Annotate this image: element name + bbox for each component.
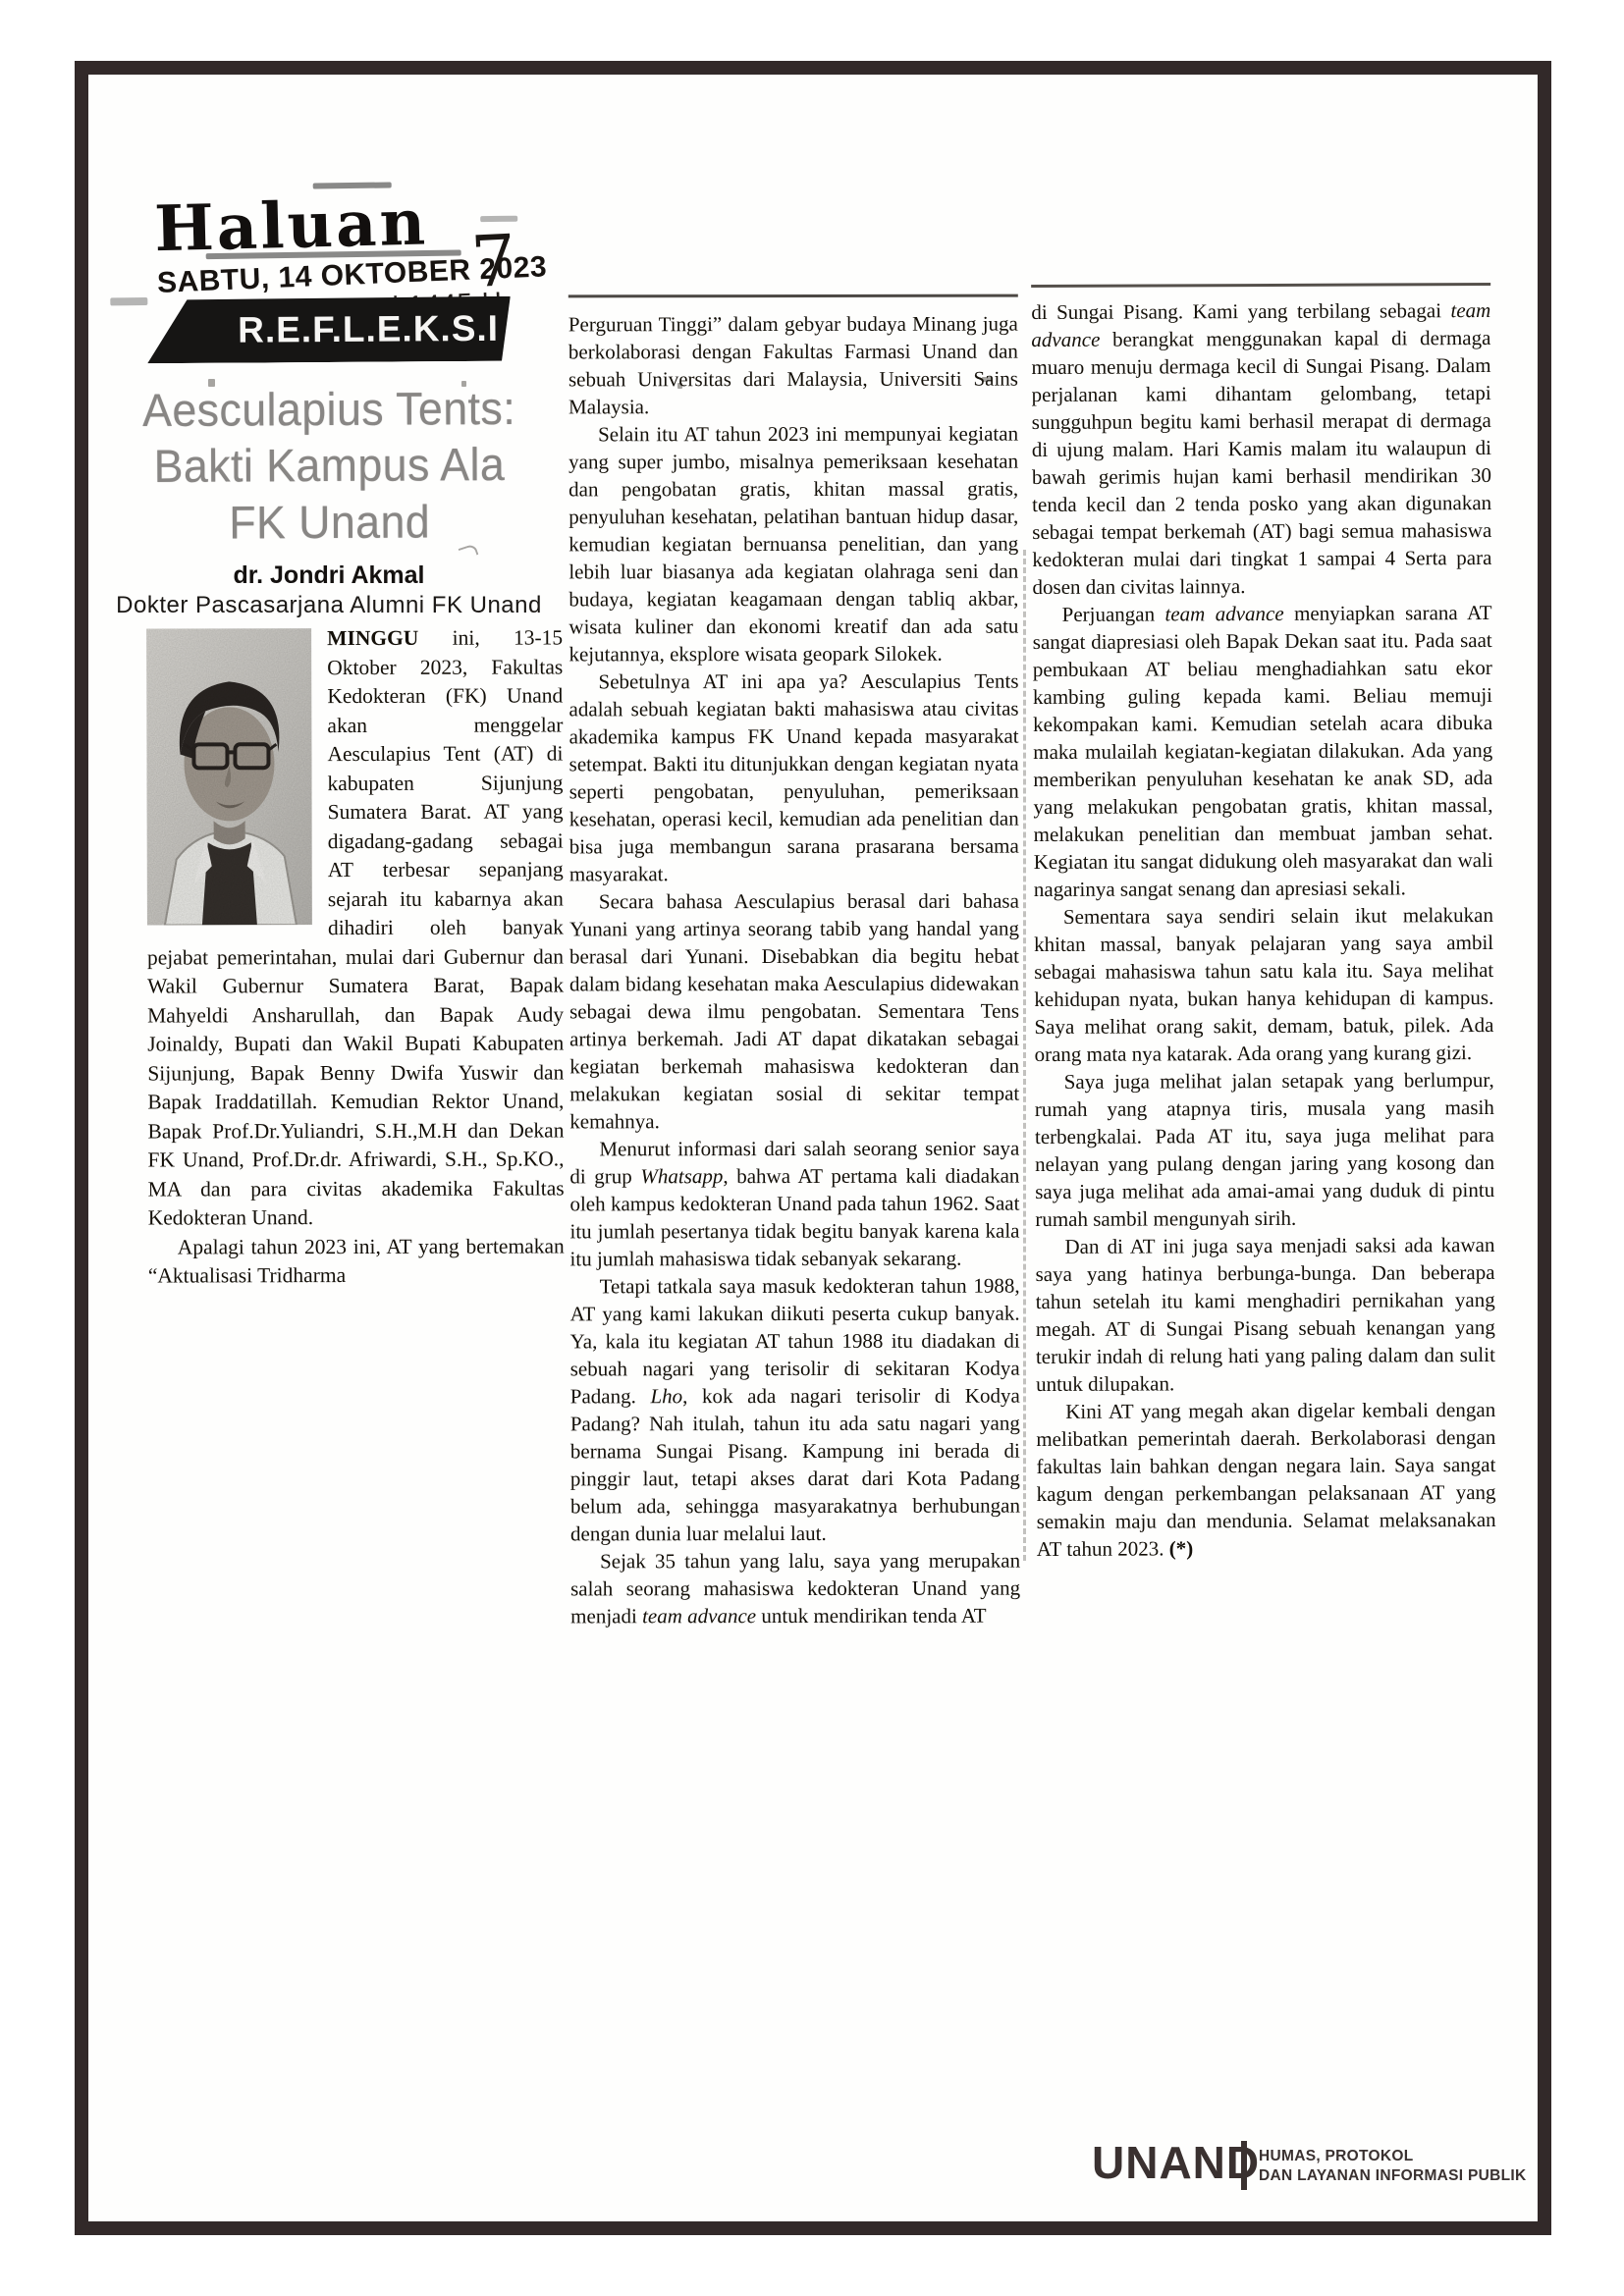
rubric-label: R.E.F.L.E.K.S.I <box>238 308 511 351</box>
paragraph-segment: Perjuangan <box>1062 602 1165 625</box>
article-paragraph: Apalagi tahun 2023 ini, AT yang bertemak… <box>148 1232 565 1291</box>
page-number: 7 <box>469 225 517 297</box>
paragraph-segment: menyiapkan sarana AT sangat diapresiasi … <box>1033 601 1493 901</box>
paragraph-segment: team advance <box>1164 602 1283 626</box>
column-3-scan-edge <box>1023 550 1026 1561</box>
article-paragraph: Selain itu AT tahun 2023 ini mempunyai k… <box>568 420 1018 668</box>
article-paragraph: Secara bahasa Aesculapius berasal dari b… <box>569 887 1019 1136</box>
article-column-2: Perguruan Tinggi” dalam gebyar budaya Mi… <box>568 294 1020 1630</box>
paragraph-segment: berangkat menggunakan kapal di dermaga m… <box>1031 326 1491 599</box>
paragraph-segment: di Sungai Pisang. Kami yang terbilang se… <box>1031 298 1450 324</box>
article-paragraph: Sebetulnya AT ini apa ya? Aesculapius Te… <box>568 667 1018 888</box>
publisher-department-line2: DAN LAYANAN INFORMASI PUBLIK <box>1259 2166 1527 2186</box>
publisher-logo: UNAND <box>1092 2140 1260 2185</box>
paragraph-segment: Sebetulnya AT ini apa ya? Aesculapius Te… <box>569 669 1019 886</box>
article-title-line3: FK Unand <box>114 492 545 551</box>
publisher-department: HUMAS, PROTOKOL DAN LAYANAN INFORMASI PU… <box>1259 2147 1527 2186</box>
paragraph-segment: Perguruan Tinggi” dalam gebyar budaya Mi… <box>568 312 1018 419</box>
paragraph-segment: Dan di AT ini juga saya menjadi saksi ad… <box>1036 1233 1495 1396</box>
author-photo <box>146 628 312 925</box>
publisher-department-line1: HUMAS, PROTOKOL <box>1259 2147 1527 2166</box>
paragraph-segment: MINGGU <box>327 626 418 650</box>
article-column-1: MINGGU ini, 13-15 Oktober 2023, Fakultas… <box>146 623 565 1291</box>
author-portrait-graphic <box>146 628 312 925</box>
article-title-line2: Bakti Kampus Ala <box>114 436 545 495</box>
rubric-banner: R.E.F.L.E.K.S.I <box>147 296 511 364</box>
article-paragraph: Menurut informasi dari salah seorang sen… <box>569 1135 1019 1273</box>
paragraph-segment: Secara bahasa Aesculapius berasal dari b… <box>569 889 1019 1134</box>
article-column-3: di Sungai Pisang. Kami yang terbilang se… <box>1031 283 1496 1563</box>
byline-author-role: Dokter Pascasarjana Alumni FK Unand <box>102 592 556 619</box>
publisher-divider-bar <box>1241 2141 1247 2190</box>
paragraph-segment: untuk mendirikan tenda AT <box>756 1604 987 1628</box>
paragraph-segment: Apalagi tahun 2023 ini, AT yang bertemak… <box>148 1234 565 1288</box>
paragraph-segment: Saya juga melihat jalan setapak yang ber… <box>1035 1068 1494 1231</box>
article-title: Aesculapius Tents: Bakti Kampus Ala FK U… <box>114 380 546 551</box>
publisher-footer: UNAND HUMAS, PROTOKOL DAN LAYANAN INFORM… <box>1092 2138 1504 2207</box>
scan-smudge <box>110 297 147 306</box>
byline-author-name: dr. Jondri Akmal <box>102 561 556 590</box>
article-title-line1: Aesculapius Tents: <box>114 380 545 439</box>
paragraph-segment: Selain itu AT tahun 2023 ini mempunyai k… <box>568 422 1018 667</box>
article-paragraph: Tetapi tatkala saya masuk kedokteran tah… <box>570 1272 1020 1548</box>
paragraph-segment: , kok ada nagari terisolir di Kodya Pada… <box>570 1384 1020 1546</box>
paragraph-segment: team advance <box>642 1604 756 1628</box>
article-paragraph: Sejak 35 tahun yang lalu, saya yang meru… <box>570 1547 1020 1630</box>
paragraph-segment: Sementara saya sendiri selain ikut melak… <box>1034 903 1493 1066</box>
paragraph-segment: Lho <box>650 1384 682 1408</box>
article-paragraph: Dan di AT ini juga saya menjadi saksi ad… <box>1035 1231 1495 1398</box>
article-paragraph: Perguruan Tinggi” dalam gebyar budaya Mi… <box>568 310 1018 421</box>
article-paragraph: Sementara saya sendiri selain ikut melak… <box>1034 901 1494 1068</box>
paragraph-segment: (*) <box>1169 1536 1194 1560</box>
article-paragraph: Perjuangan team advance menyiapkan saran… <box>1033 599 1493 903</box>
article-paragraph: di Sungai Pisang. Kami yang terbilang se… <box>1031 296 1491 601</box>
paragraph-segment: Kini AT yang megah akan digelar kembali … <box>1036 1398 1495 1561</box>
newspaper-scan-page: { "colors": { "frame": "#322929", "banne… <box>0 0 1624 2296</box>
paragraph-segment: Whatsapp <box>640 1164 723 1188</box>
byline: dr. Jondri Akmal Dokter Pascasarjana Alu… <box>102 561 556 619</box>
article-paragraph: Kini AT yang megah akan digelar kembali … <box>1036 1396 1496 1563</box>
article-paragraph: Saya juga melihat jalan setapak yang ber… <box>1035 1066 1495 1233</box>
